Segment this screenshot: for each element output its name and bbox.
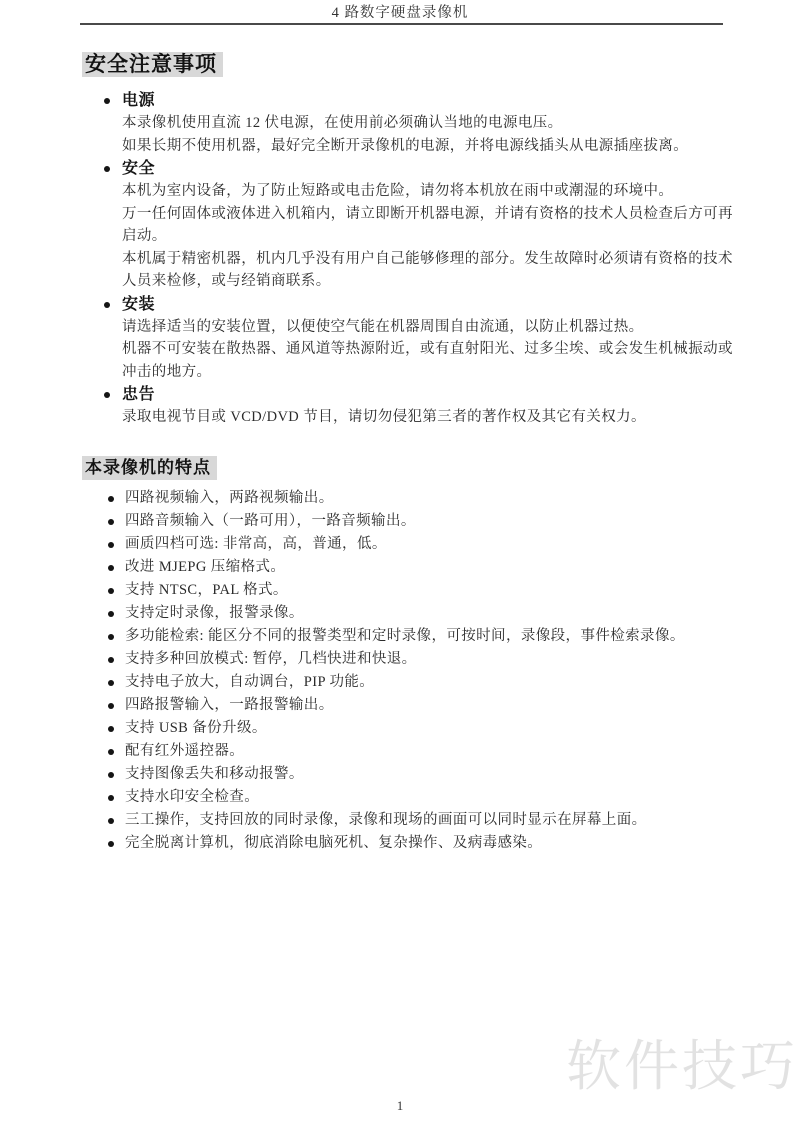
bullet-icon: [108, 841, 114, 847]
feature-item-text: 支持 NTSC，PAL 格式。: [125, 582, 288, 598]
section-paragraph: 录取电视节目或 VCD/DVD 节目，请切勿侵犯第三者的著作权及其它有关权力。: [122, 406, 737, 429]
safety-section: 安全本机为室内设备，为了防止短路或电击危险，请勿将本机放在雨中或潮湿的环境中。万…: [80, 157, 737, 293]
bullet-icon: [108, 772, 114, 778]
section-paragraph: 请选择适当的安装位置，以便使空气能在机器周围自由流通，以防止机器过热。: [122, 316, 737, 339]
safety-sections-list: 电源本录像机使用直流 12 伏电源，在使用前必须确认当地的电源电压。如果长期不使…: [80, 89, 737, 429]
section-paragraph: 本机为室内设备，为了防止短路或电击危险，请勿将本机放在雨中或潮湿的环境中。: [122, 180, 737, 203]
safety-section: 电源本录像机使用直流 12 伏电源，在使用前必须确认当地的电源电压。如果长期不使…: [80, 89, 737, 157]
feature-item-text: 支持定时录像，报警录像。: [125, 605, 304, 621]
feature-item: 支持电子放大，自动调台，PIP 功能。: [80, 671, 745, 694]
section-heading: 忠告: [122, 383, 737, 406]
section-heading: 电源: [122, 89, 737, 112]
feature-item: 四路视频输入，两路视频输出。: [80, 487, 745, 510]
safety-section: 安装请选择适当的安装位置，以便使空气能在机器周围自由流通，以防止机器过热。机器不…: [80, 293, 737, 384]
bullet-icon: [108, 818, 114, 824]
feature-item: 支持图像丢失和移动报警。: [80, 763, 745, 786]
section-paragraph: 机器不可安装在散热器、通风道等热源附近，或有直射阳光、过多尘埃、或会发生机械振动…: [122, 338, 737, 383]
feature-item: 支持水印安全检查。: [80, 786, 745, 809]
bullet-icon: [108, 634, 114, 640]
page-header-title: 4 路数字硬盘录像机: [0, 0, 800, 21]
bullet-icon: [108, 680, 114, 686]
bullet-icon: [104, 166, 110, 172]
feature-item: 支持 USB 备份升级。: [80, 717, 745, 740]
bullet-icon: [108, 657, 114, 663]
feature-item: 支持 NTSC，PAL 格式。: [80, 579, 745, 602]
bullet-icon: [108, 611, 114, 617]
feature-item: 画质四档可选: 非常高，高，普通，低。: [80, 533, 745, 556]
section-paragraph: 如果长期不使用机器，最好完全断开录像机的电源，并将电源线插头从电源插座拔离。: [122, 135, 737, 158]
feature-item-text: 画质四档可选: 非常高，高，普通，低。: [125, 536, 387, 552]
bullet-icon: [108, 496, 114, 502]
feature-item: 支持定时录像，报警录像。: [80, 602, 745, 625]
features-section-title: 本录像机的特点: [82, 456, 217, 480]
section-heading: 安全: [122, 157, 737, 180]
header-rule: [80, 23, 723, 25]
bullet-icon: [104, 302, 110, 308]
feature-item-text: 改进 MJEPG 压缩格式。: [125, 559, 285, 575]
feature-item: 完全脱离计算机，彻底消除电脑死机、复杂操作、及病毒感染。: [80, 832, 745, 855]
feature-item: 四路音频输入（一路可用），一路音频输出。: [80, 510, 745, 533]
bullet-icon: [108, 519, 114, 525]
bullet-icon: [104, 98, 110, 104]
feature-item-text: 支持图像丢失和移动报警。: [125, 766, 304, 782]
feature-item-text: 四路音频输入（一路可用），一路音频输出。: [125, 513, 416, 529]
bullet-icon: [108, 726, 114, 732]
features-list: 四路视频输入，两路视频输出。四路音频输入（一路可用），一路音频输出。画质四档可选…: [80, 487, 745, 855]
bullet-icon: [108, 749, 114, 755]
section-paragraph: 万一任何固体或液体进入机箱内，请立即断开机器电源，并请有资格的技术人员检查后方可…: [122, 203, 737, 248]
section-heading: 安装: [122, 293, 737, 316]
feature-item-text: 完全脱离计算机，彻底消除电脑死机、复杂操作、及病毒感染。: [125, 835, 542, 851]
feature-item: 三工操作，支持回放的同时录像，录像和现场的画面可以同时显示在屏幕上面。: [80, 809, 745, 832]
bullet-icon: [108, 703, 114, 709]
section-paragraph: 本机属于精密机器，机内几乎没有用户自己能够修理的部分。发生故障时必须请有资格的技…: [122, 248, 737, 293]
safety-section: 忠告录取电视节目或 VCD/DVD 节目，请切勿侵犯第三者的著作权及其它有关权力…: [80, 383, 737, 429]
feature-item-text: 支持多种回放模式: 暂停，几档快进和快退。: [125, 651, 417, 667]
feature-item-text: 多功能检索: 能区分不同的报警类型和定时录像，可按时间，录像段，事件检索录像。: [125, 628, 685, 644]
feature-item-text: 支持 USB 备份升级。: [125, 720, 267, 736]
feature-item: 改进 MJEPG 压缩格式。: [80, 556, 745, 579]
feature-item: 配有红外遥控器。: [80, 740, 745, 763]
feature-item-text: 支持电子放大，自动调台，PIP 功能。: [125, 674, 374, 690]
feature-item-text: 支持水印安全检查。: [125, 789, 259, 805]
feature-item: 四路报警输入，一路报警输出。: [80, 694, 745, 717]
bullet-icon: [108, 795, 114, 801]
page-number: 1: [0, 1098, 800, 1114]
document-page: 4 路数字硬盘录像机 安全注意事项 电源本录像机使用直流 12 伏电源，在使用前…: [0, 0, 800, 1131]
safety-section-title: 安全注意事项: [82, 52, 223, 77]
feature-item-text: 三工操作，支持回放的同时录像，录像和现场的画面可以同时显示在屏幕上面。: [125, 812, 647, 828]
bullet-icon: [104, 392, 110, 398]
section-paragraph: 本录像机使用直流 12 伏电源，在使用前必须确认当地的电源电压。: [122, 112, 737, 135]
feature-item: 支持多种回放模式: 暂停，几档快进和快退。: [80, 648, 745, 671]
bullet-icon: [108, 565, 114, 571]
feature-item-text: 四路视频输入，两路视频输出。: [125, 490, 334, 506]
bullet-icon: [108, 542, 114, 548]
watermark-text: 软件技巧: [566, 1036, 798, 1096]
feature-item: 多功能检索: 能区分不同的报警类型和定时录像，可按时间，录像段，事件检索录像。: [80, 625, 745, 648]
bullet-icon: [108, 588, 114, 594]
feature-item-text: 四路报警输入，一路报警输出。: [125, 697, 334, 713]
feature-item-text: 配有红外遥控器。: [125, 743, 244, 759]
